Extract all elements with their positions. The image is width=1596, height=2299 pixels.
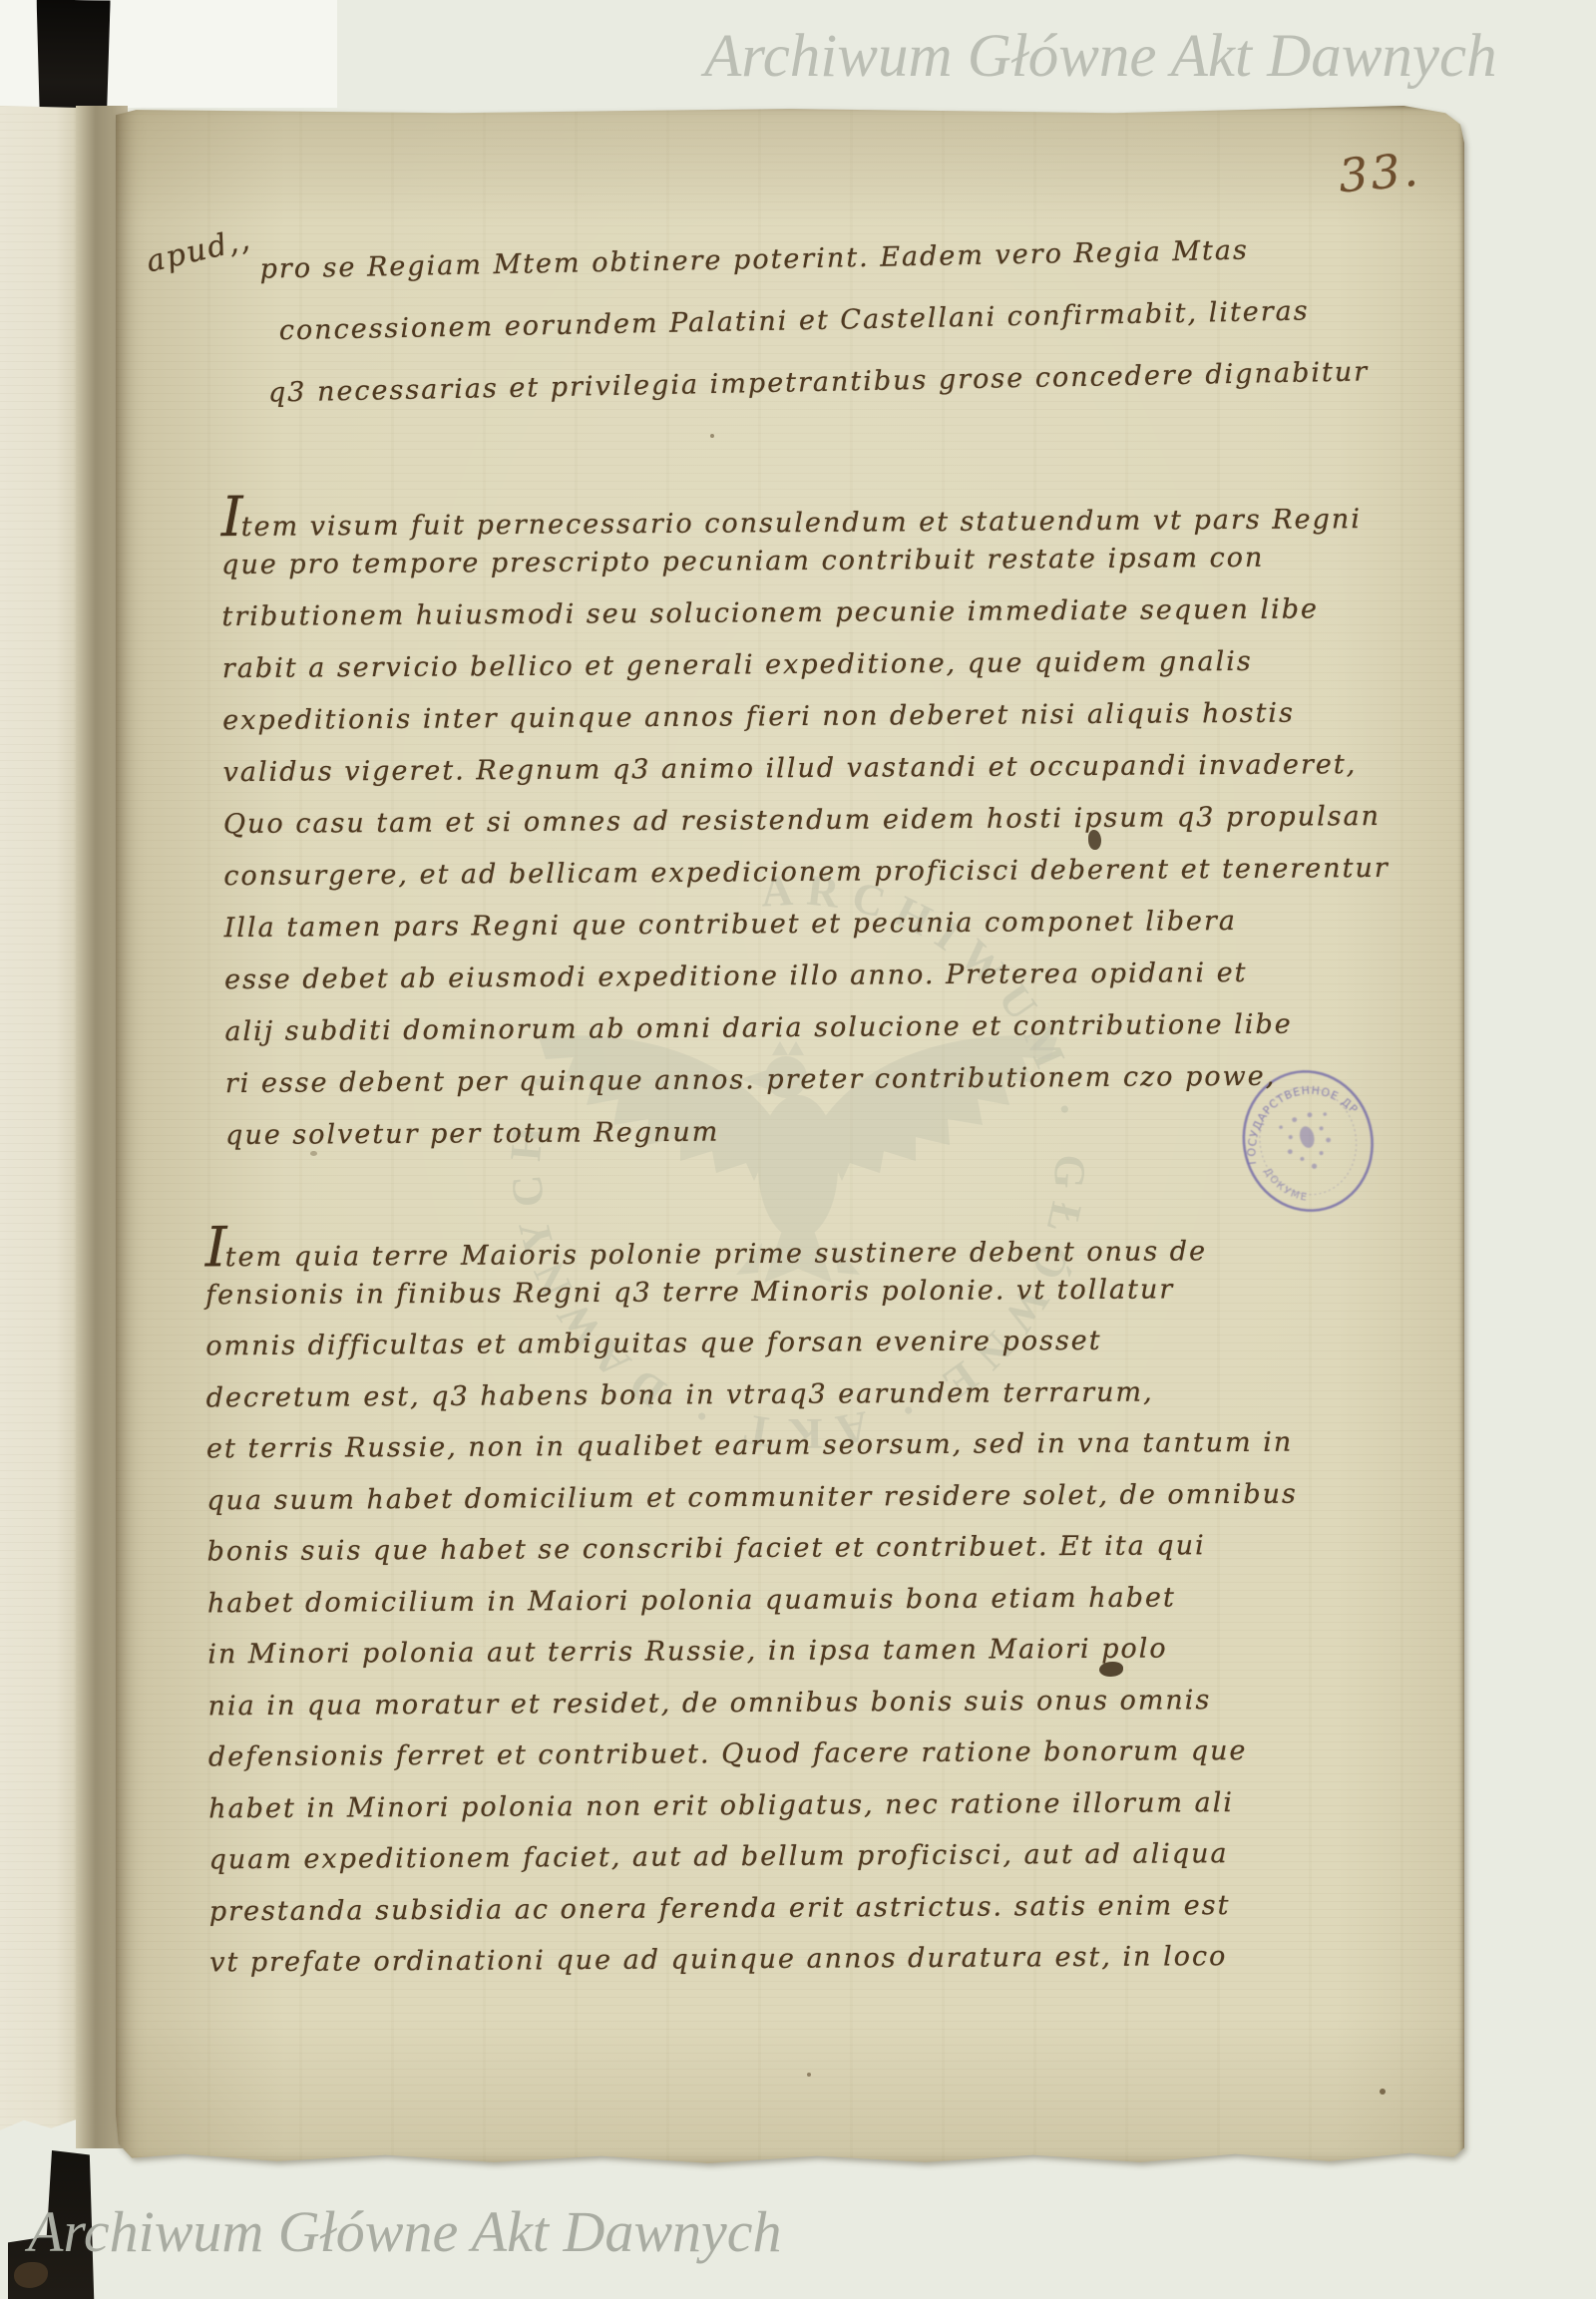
manuscript-line: esse debet ab eiusmodi expeditione illo … <box>224 957 1391 1016</box>
paper-speckle <box>310 1151 317 1156</box>
manuscript-line: qua suum habet domicilium et communiter … <box>206 1478 1298 1536</box>
manuscript-line: consurgere, et ad bellicam expedicionem … <box>223 853 1390 913</box>
manuscript-line: fensionis in finibus Regni q3 terre Mino… <box>205 1273 1297 1331</box>
manuscript-line: in Minori polonia aut terris Russie, in … <box>207 1633 1299 1691</box>
manuscript-line: Item visum fuit pernecessario consulendu… <box>221 490 1388 550</box>
scanner-watermark-top: Archiwum Główne Akt Dawnych <box>704 22 1497 92</box>
manuscript-line: nia in qua moratur et residet, de omnibu… <box>207 1684 1299 1741</box>
paper-speckle <box>1380 2089 1386 2095</box>
manuscript-page: ARCHIWUM · GŁÓWNE · AKT · DAWNYCH · <box>116 106 1464 2166</box>
manuscript-line: Quo casu tam et si omnes ad resistendum … <box>223 801 1390 861</box>
manuscript-scan: ARCHIWUM · GŁÓWNE · AKT · DAWNYCH · <box>0 0 1596 2299</box>
ink-blot <box>1088 830 1101 850</box>
manuscript-line: validus vigeret. Regnum q3 animo illud v… <box>222 749 1389 809</box>
manuscript-line: habet domicilium in Maiori polonia quamu… <box>207 1581 1299 1639</box>
manuscript-line: prestanda subsidia ac onera ferenda erit… <box>209 1889 1301 1947</box>
manuscript-line: habet in Minori polonia non erit obligat… <box>208 1786 1300 1844</box>
manuscript-line: que pro tempore prescripto pecuniam cont… <box>221 542 1388 601</box>
manuscript-line: tributionem huiusmodi seu solucionem pec… <box>221 593 1388 653</box>
folio-number: 33. <box>1337 143 1423 203</box>
page-shadow-wrap: ARCHIWUM · GŁÓWNE · AKT · DAWNYCH · <box>0 0 1596 2299</box>
manuscript-line: quam expeditionem faciet, aut ad bellum … <box>208 1838 1300 1896</box>
manuscript-line: ri esse debent per quinque annos. preter… <box>225 1060 1392 1120</box>
paragraph-3: Item quia terre Maioris polonie prime su… <box>205 1222 1301 1999</box>
manuscript-line: vt prefate ordinationi que ad quinque an… <box>209 1941 1301 1999</box>
manuscript-line: bonis suis que habet se conscribi faciet… <box>207 1530 1299 1588</box>
manuscript-line: que solvetur per totum Regnum <box>225 1112 1392 1172</box>
manuscript-line: rabit a servicio bellico et generali exp… <box>222 645 1389 705</box>
paragraph-1: pro se Regiam Mtem obtinere poterint. Ea… <box>259 232 1370 439</box>
paper-speckle <box>807 2073 811 2077</box>
scanner-watermark-bottom: Archiwum Główne Akt Dawnych <box>28 2198 782 2265</box>
manuscript-line: defensionis ferret et contribuet. Quod f… <box>208 1735 1300 1793</box>
ink-blot <box>1099 1662 1123 1677</box>
paper-speckle <box>710 434 714 438</box>
manuscript-line: decretum est, q3 habens bona in vtraq3 e… <box>206 1375 1298 1433</box>
manuscript-line: et terris Russie, non in qualibet earum … <box>206 1427 1298 1485</box>
manuscript-line: Illa tamen pars Regni que contribuet et … <box>224 905 1391 964</box>
manuscript-line: expeditionis inter quinque annos fieri n… <box>222 697 1389 757</box>
manuscript-line: Item quia terre Maioris polonie prime su… <box>205 1222 1297 1280</box>
paragraph-2: Item visum fuit pernecessario consulendu… <box>221 490 1392 1172</box>
catchword: apud,, <box>143 221 254 279</box>
manuscript-line: alij subditi dominorum ab omni daria sol… <box>224 1008 1391 1068</box>
manuscript-line: omnis difficultas et ambiguitas que fors… <box>205 1325 1297 1382</box>
